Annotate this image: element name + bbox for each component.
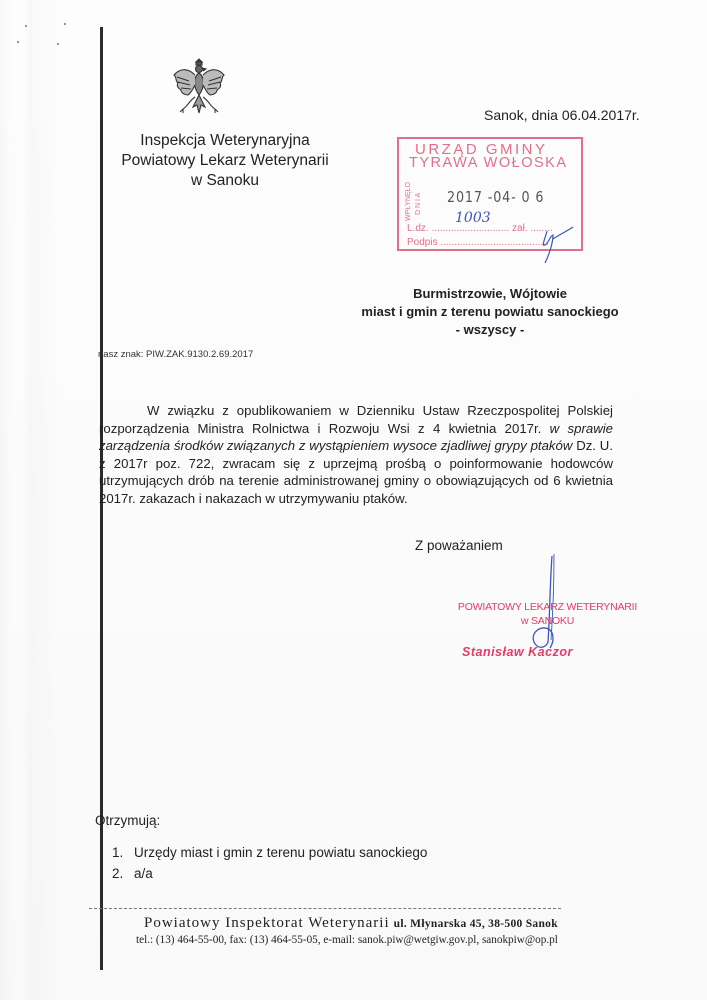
body-text-part-1: W związku z opublikowaniem w Dzienniku U… <box>99 403 613 436</box>
stamp-signature-scribble-icon <box>539 227 579 267</box>
stamp-office-line-2: TYRAWA WOŁOSKA <box>409 155 568 171</box>
footer-divider <box>89 908 561 909</box>
date-line: Sanok, dnia 06.04.2017r. <box>484 107 640 123</box>
signatory-title-line-2: w SANOKU <box>455 615 640 627</box>
issuer-line-2: Powiatowy Lekarz Weterynarii <box>100 151 350 170</box>
recipient-line-1: Burmistrzowie, Wójtowie <box>280 285 700 302</box>
reference-number: nasz znak: PIW.ZAK.9130.2.69.2017 <box>98 349 253 360</box>
signatory-title-line-1: POWIATOWY LEKARZ WETERYNARII <box>455 601 640 613</box>
scan-speck <box>64 23 66 25</box>
distribution-list: 1.Urzędy miast i gmin z terenu powiatu s… <box>112 842 427 884</box>
polish-eagle-emblem-icon <box>171 55 227 121</box>
letter-body: W związku z opublikowaniem w Dzienniku U… <box>99 402 613 507</box>
closing-salutation: Z poważaniem <box>415 538 503 553</box>
stamp-podpis-label: Podpis .................................… <box>407 237 549 248</box>
list-item-text: a/a <box>134 866 153 881</box>
scan-speck <box>57 43 59 45</box>
footer-org-name: Powiatowy Inspektorat Weterynarii <box>144 915 390 931</box>
list-item-number: 1. <box>112 842 134 863</box>
scan-speck <box>17 41 19 43</box>
stamp-date: 2017 -04- 0 6 <box>447 188 544 206</box>
list-item: 2.a/a <box>112 863 427 884</box>
list-item: 1.Urzędy miast i gmin z terenu powiatu s… <box>112 842 427 863</box>
recipient-line-2: miast i gmin z terenu powiatu sanockiego <box>280 303 700 320</box>
received-stamp: URZĄD GMINY TYRAWA WOŁOSKA WPŁYNĘŁO D N … <box>397 137 583 251</box>
list-item-text: Urzędy miast i gmin z terenu powiatu san… <box>134 845 427 860</box>
stamp-side-label-1: WPŁYNĘŁO <box>405 182 413 221</box>
recipient-line-3: - wszyscy - <box>280 321 700 338</box>
stamp-side-label-2: D N I A <box>415 193 423 215</box>
issuer-line-1: Inspekcja Weterynaryjna <box>100 131 350 150</box>
stamp-ldz-label: L.dz. ............................ zał. … <box>407 223 553 234</box>
stamp-side-label: WPŁYNĘŁO D N I A <box>405 173 429 221</box>
list-item-number: 2. <box>112 863 134 884</box>
distribution-label: Otrzymują: <box>95 813 160 828</box>
footer-contact: tel.: (13) 464-55-00, fax: (13) 464-55-0… <box>136 934 558 946</box>
footer-address: ul. Młynarska 45, 38-500 Sanok <box>394 918 558 930</box>
signatory-name: Stanisław Kaczor <box>462 645 573 659</box>
body-paragraph: W związku z opublikowaniem w Dzienniku U… <box>99 402 613 507</box>
issuer-line-3: w Sanoku <box>100 171 350 190</box>
footer-org-line: Powiatowy Inspektorat Weterynarii ul. Mł… <box>144 914 558 932</box>
scan-speck <box>25 25 27 27</box>
